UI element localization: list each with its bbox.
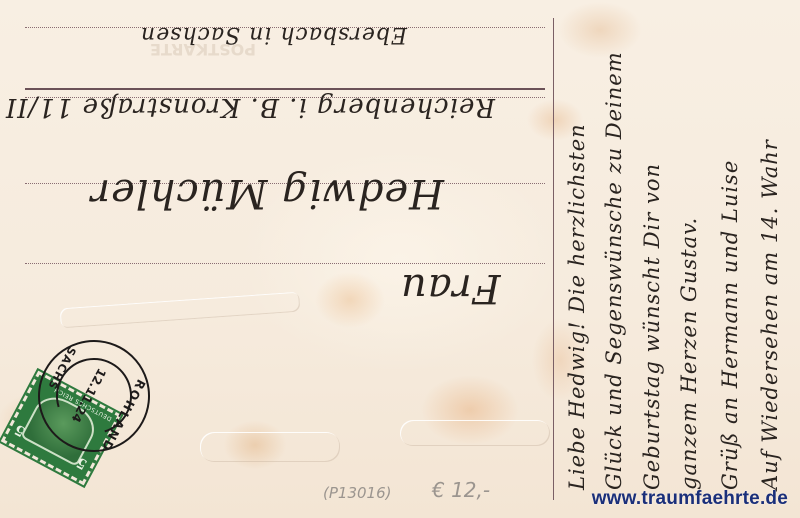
address-line4-text: Ebersbach in Sachsen xyxy=(140,22,407,47)
message-line-6: Auf Wiedersehen am 14. Wahr xyxy=(758,139,782,490)
address-line2-text: Hedwig Müchler xyxy=(90,170,444,216)
website-watermark: www.traumfaehrte.de xyxy=(592,488,788,510)
embossed-decoration xyxy=(60,292,301,329)
address-line3-text: Reichenberg i. B. Kronstraße 11/II xyxy=(5,92,495,122)
address-line-solid xyxy=(25,88,545,90)
address-message-divider xyxy=(553,18,554,500)
embossed-decoration xyxy=(400,420,550,446)
message-line-3: Geburtstag wünscht Dir von xyxy=(640,163,664,490)
message-line-1: Liebe Hedwig! Die herzlichsten xyxy=(565,123,589,490)
message-line-4: ganzem Herzen Gustav. xyxy=(677,217,701,490)
message-line-2: Glück und Segenswünsche zu Deinem xyxy=(602,51,626,490)
pencil-reference-note: (P13016) xyxy=(323,484,391,502)
postcard-back: POSTKARTE Ebersbach in Sachsen Reichenbe… xyxy=(0,0,800,518)
message-line-5: Grüß an Hermann und Luise xyxy=(718,160,742,490)
embossed-decoration xyxy=(200,432,340,462)
address-line1-text: Frau xyxy=(400,265,500,311)
pencil-price-note: € 12,- xyxy=(432,478,490,502)
address-line-4 xyxy=(25,263,545,264)
